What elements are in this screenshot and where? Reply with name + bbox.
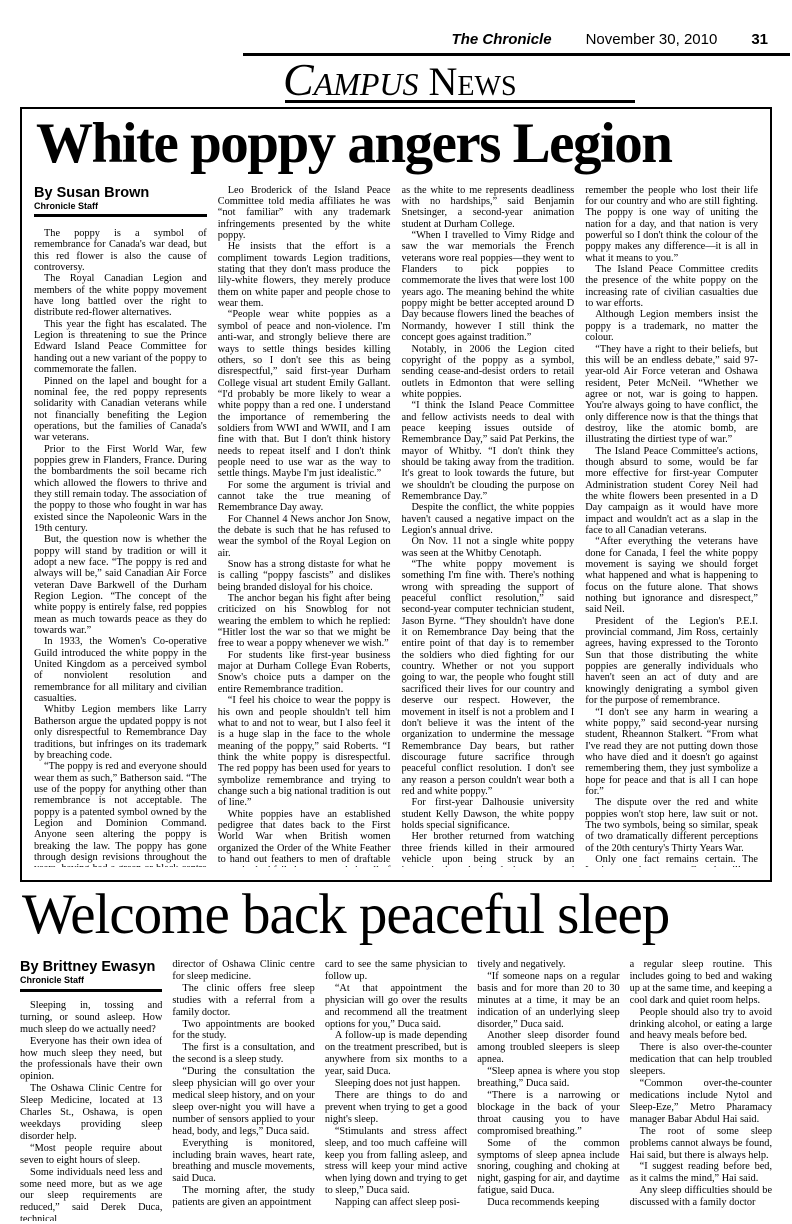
paragraph: The Island Peace Committee credits the p… xyxy=(585,264,758,309)
paragraph: “If someone naps on a regular basis and … xyxy=(477,971,619,1031)
paragraph: People should also try to avoid drinking… xyxy=(630,1007,772,1043)
paragraph: as the white to me represents deadliness… xyxy=(402,185,575,230)
paragraph: In 1933, the Women's Co-operative Guild … xyxy=(34,636,207,704)
article2-headline: Welcome back peaceful sleep xyxy=(22,884,669,947)
paragraph: director of Oshawa Clinic centre for sle… xyxy=(172,959,314,983)
paragraph: “I suggest reading before bed, as it cal… xyxy=(630,1161,772,1185)
paragraph: “The poppy is red and everyone should we… xyxy=(34,761,207,867)
paragraph: For Channel 4 News anchor Jon Snow, the … xyxy=(218,514,391,559)
paragraph: “I don't see any harm in wearing a white… xyxy=(585,707,758,798)
article1-column-1: By Susan Brown Chronicle Staff The poppy… xyxy=(34,185,207,867)
byline-role: Chronicle Staff xyxy=(34,201,207,212)
paragraph: He insists that the effort is a complime… xyxy=(218,241,391,309)
paragraph: Sleeping does not just happen. xyxy=(325,1078,467,1090)
section-title-rule xyxy=(285,100,635,103)
article2-column-4-text: tively and negatively.“If someone naps o… xyxy=(477,959,619,1209)
paragraph: There are things to do and prevent when … xyxy=(325,1090,467,1126)
paragraph: For some the argument is trivial and can… xyxy=(218,480,391,514)
paragraph: Notably, in 2006 the Legion cited copyri… xyxy=(402,344,575,401)
article1-column-2-text: Leo Broderick of the Island Peace Commit… xyxy=(218,185,391,867)
paragraph: The Royal Canadian Legion and members of… xyxy=(34,273,207,318)
paragraph: Pinned on the lapel and bought for a nom… xyxy=(34,376,207,444)
paragraph: Only one fact remains certain. The Legio… xyxy=(585,854,758,867)
paragraph: The Oshawa Clinic Centre for Sleep Medic… xyxy=(20,1083,162,1143)
paragraph: remember the people who lost their life … xyxy=(585,185,758,264)
paragraph: Her brother returned from watching three… xyxy=(402,831,575,866)
page-number: 31 xyxy=(751,31,768,48)
paragraph: The dispute over the red and white poppi… xyxy=(585,797,758,854)
article2-column-2: director of Oshawa Clinic centre for sle… xyxy=(172,959,314,1221)
paragraph: Prior to the First World War, few poppie… xyxy=(34,444,207,535)
paragraph: But, the question now is whether the pop… xyxy=(34,534,207,636)
paragraph: “They have a right to their beliefs, but… xyxy=(585,344,758,446)
article2-column-3-text: card to see the same physician to follow… xyxy=(325,959,467,1209)
paragraph: card to see the same physician to follow… xyxy=(325,959,467,983)
paragraph: The first is a consultation, and the sec… xyxy=(172,1042,314,1066)
paragraph: “Sleep apnea is where you stop breathing… xyxy=(477,1066,619,1090)
article1-column-3: as the white to me represents deadliness… xyxy=(402,185,575,867)
paragraph: Although Legion members insist the poppy… xyxy=(585,309,758,343)
paragraph: The root of some sleep problems cannot a… xyxy=(630,1126,772,1162)
article2-column-2-text: director of Oshawa Clinic centre for sle… xyxy=(172,959,314,1209)
paragraph: The anchor began his fight after being c… xyxy=(218,593,391,650)
article2-column-5-text: a regular sleep routine. This includes g… xyxy=(630,959,772,1209)
article1-column-2: Leo Broderick of the Island Peace Commit… xyxy=(218,185,391,867)
paragraph: Despite the conflict, the white poppies … xyxy=(402,502,575,536)
byline-author: By Brittney Ewasyn xyxy=(20,959,162,975)
article-peaceful-sleep: By Brittney Ewasyn Chronicle Staff Sleep… xyxy=(20,959,772,1221)
paragraph: The Island Peace Committee's actions, th… xyxy=(585,446,758,537)
article1-columns: By Susan Brown Chronicle Staff The poppy… xyxy=(34,185,758,867)
paragraph: The morning after, the study patients ar… xyxy=(172,1185,314,1209)
paragraph: Leo Broderick of the Island Peace Commit… xyxy=(218,185,391,242)
paragraph: White poppies have an established pedigr… xyxy=(218,809,391,867)
section-title-news: News xyxy=(429,59,517,104)
paragraph: Sleeping in, tossing and turning, or sou… xyxy=(20,1000,162,1036)
paragraph: Two appointments are booked for the stud… xyxy=(172,1019,314,1043)
paragraph: The poppy is a symbol of remembrance for… xyxy=(34,228,207,273)
article2-column-1: By Brittney Ewasyn Chronicle Staff Sleep… xyxy=(20,959,162,1221)
paragraph: Whitby Legion members like Larry Bathers… xyxy=(34,704,207,761)
article1-headline: White poppy angers Legion xyxy=(36,113,758,176)
paragraph: The clinic offers free sleep studies wit… xyxy=(172,983,314,1019)
paragraph: Napping can affect sleep posi- xyxy=(325,1197,467,1209)
paragraph: “Common over-the-counter medications inc… xyxy=(630,1078,772,1126)
article1-column-4: remember the people who lost their life … xyxy=(585,185,758,867)
paragraph: “There is a narrowing or blockage in the… xyxy=(477,1090,619,1138)
paragraph: This year the fight has escalated. The L… xyxy=(34,319,207,376)
paragraph: “The white poppy movement is something I… xyxy=(402,559,575,797)
paragraph: “I feel his choice to wear the poppy is … xyxy=(218,695,391,808)
paragraph: “During the consultation the sleep physi… xyxy=(172,1066,314,1137)
paragraph: a regular sleep routine. This includes g… xyxy=(630,959,772,1007)
paper-name: The Chronicle xyxy=(452,31,552,48)
byline-author: By Susan Brown xyxy=(34,185,207,201)
article1-column-3-text: as the white to me represents deadliness… xyxy=(402,185,575,867)
paragraph: For students like first-year business ma… xyxy=(218,650,391,695)
paragraph: There is also over-the-counter medicatio… xyxy=(630,1042,772,1078)
section-title: Campus News xyxy=(283,57,517,103)
paragraph: “I think the Island Peace Committee and … xyxy=(402,400,575,502)
paragraph: For first-year Dalhousie university stud… xyxy=(402,797,575,831)
paragraph: Everyone has their own idea of how much … xyxy=(20,1036,162,1084)
paragraph: “Most people require about seven to eigh… xyxy=(20,1143,162,1167)
article1-column-1-text: The poppy is a symbol of remembrance for… xyxy=(34,228,207,867)
byline-role: Chronicle Staff xyxy=(20,975,162,987)
paragraph: Some individuals need less and some need… xyxy=(20,1167,162,1221)
paragraph: “At that appointment the physician will … xyxy=(325,983,467,1031)
issue-date: November 30, 2010 xyxy=(586,31,718,48)
paragraph: “When I travelled to Vimy Ridge and saw … xyxy=(402,230,575,343)
masthead: The Chronicle November 30, 2010 31 xyxy=(380,31,768,48)
paragraph: Some of the common symptoms of sleep apn… xyxy=(477,1138,619,1198)
paragraph: “After everything the veterans have done… xyxy=(585,536,758,615)
section-title-campus: Campus xyxy=(283,54,419,105)
paragraph: tively and negatively. xyxy=(477,959,619,971)
paragraph: On Nov. 11 not a single white poppy was … xyxy=(402,536,575,559)
article2-column-1-text: Sleeping in, tossing and turning, or sou… xyxy=(20,1000,162,1221)
article2-column-5: a regular sleep routine. This includes g… xyxy=(630,959,772,1221)
article1-byline: By Susan Brown Chronicle Staff xyxy=(34,185,207,217)
article2-column-4: tively and negatively.“If someone naps o… xyxy=(477,959,619,1221)
paragraph: Everything is monitored, including brain… xyxy=(172,1138,314,1186)
article-white-poppy: White poppy angers Legion By Susan Brown… xyxy=(20,107,772,882)
article2-column-3: card to see the same physician to follow… xyxy=(325,959,467,1221)
paragraph: Snow has a strong distaste for what he i… xyxy=(218,559,391,593)
article2-byline: By Brittney Ewasyn Chronicle Staff xyxy=(20,959,162,992)
paragraph: Any sleep difficulties should be discuss… xyxy=(630,1185,772,1209)
article1-column-4-text: remember the people who lost their life … xyxy=(585,185,758,867)
paragraph: A follow-up is made depending on the tre… xyxy=(325,1030,467,1078)
paragraph: Another sleep disorder found among troub… xyxy=(477,1030,619,1066)
paragraph: Duca recommends keeping xyxy=(477,1197,619,1209)
newspaper-page: The Chronicle November 30, 2010 31 Campu… xyxy=(0,0,792,1224)
paragraph: President of the Legion's P.E.I. provinc… xyxy=(585,616,758,707)
paragraph: “People wear white poppies as a symbol o… xyxy=(218,309,391,479)
paragraph: “Stimulants and stress affect sleep, and… xyxy=(325,1126,467,1197)
